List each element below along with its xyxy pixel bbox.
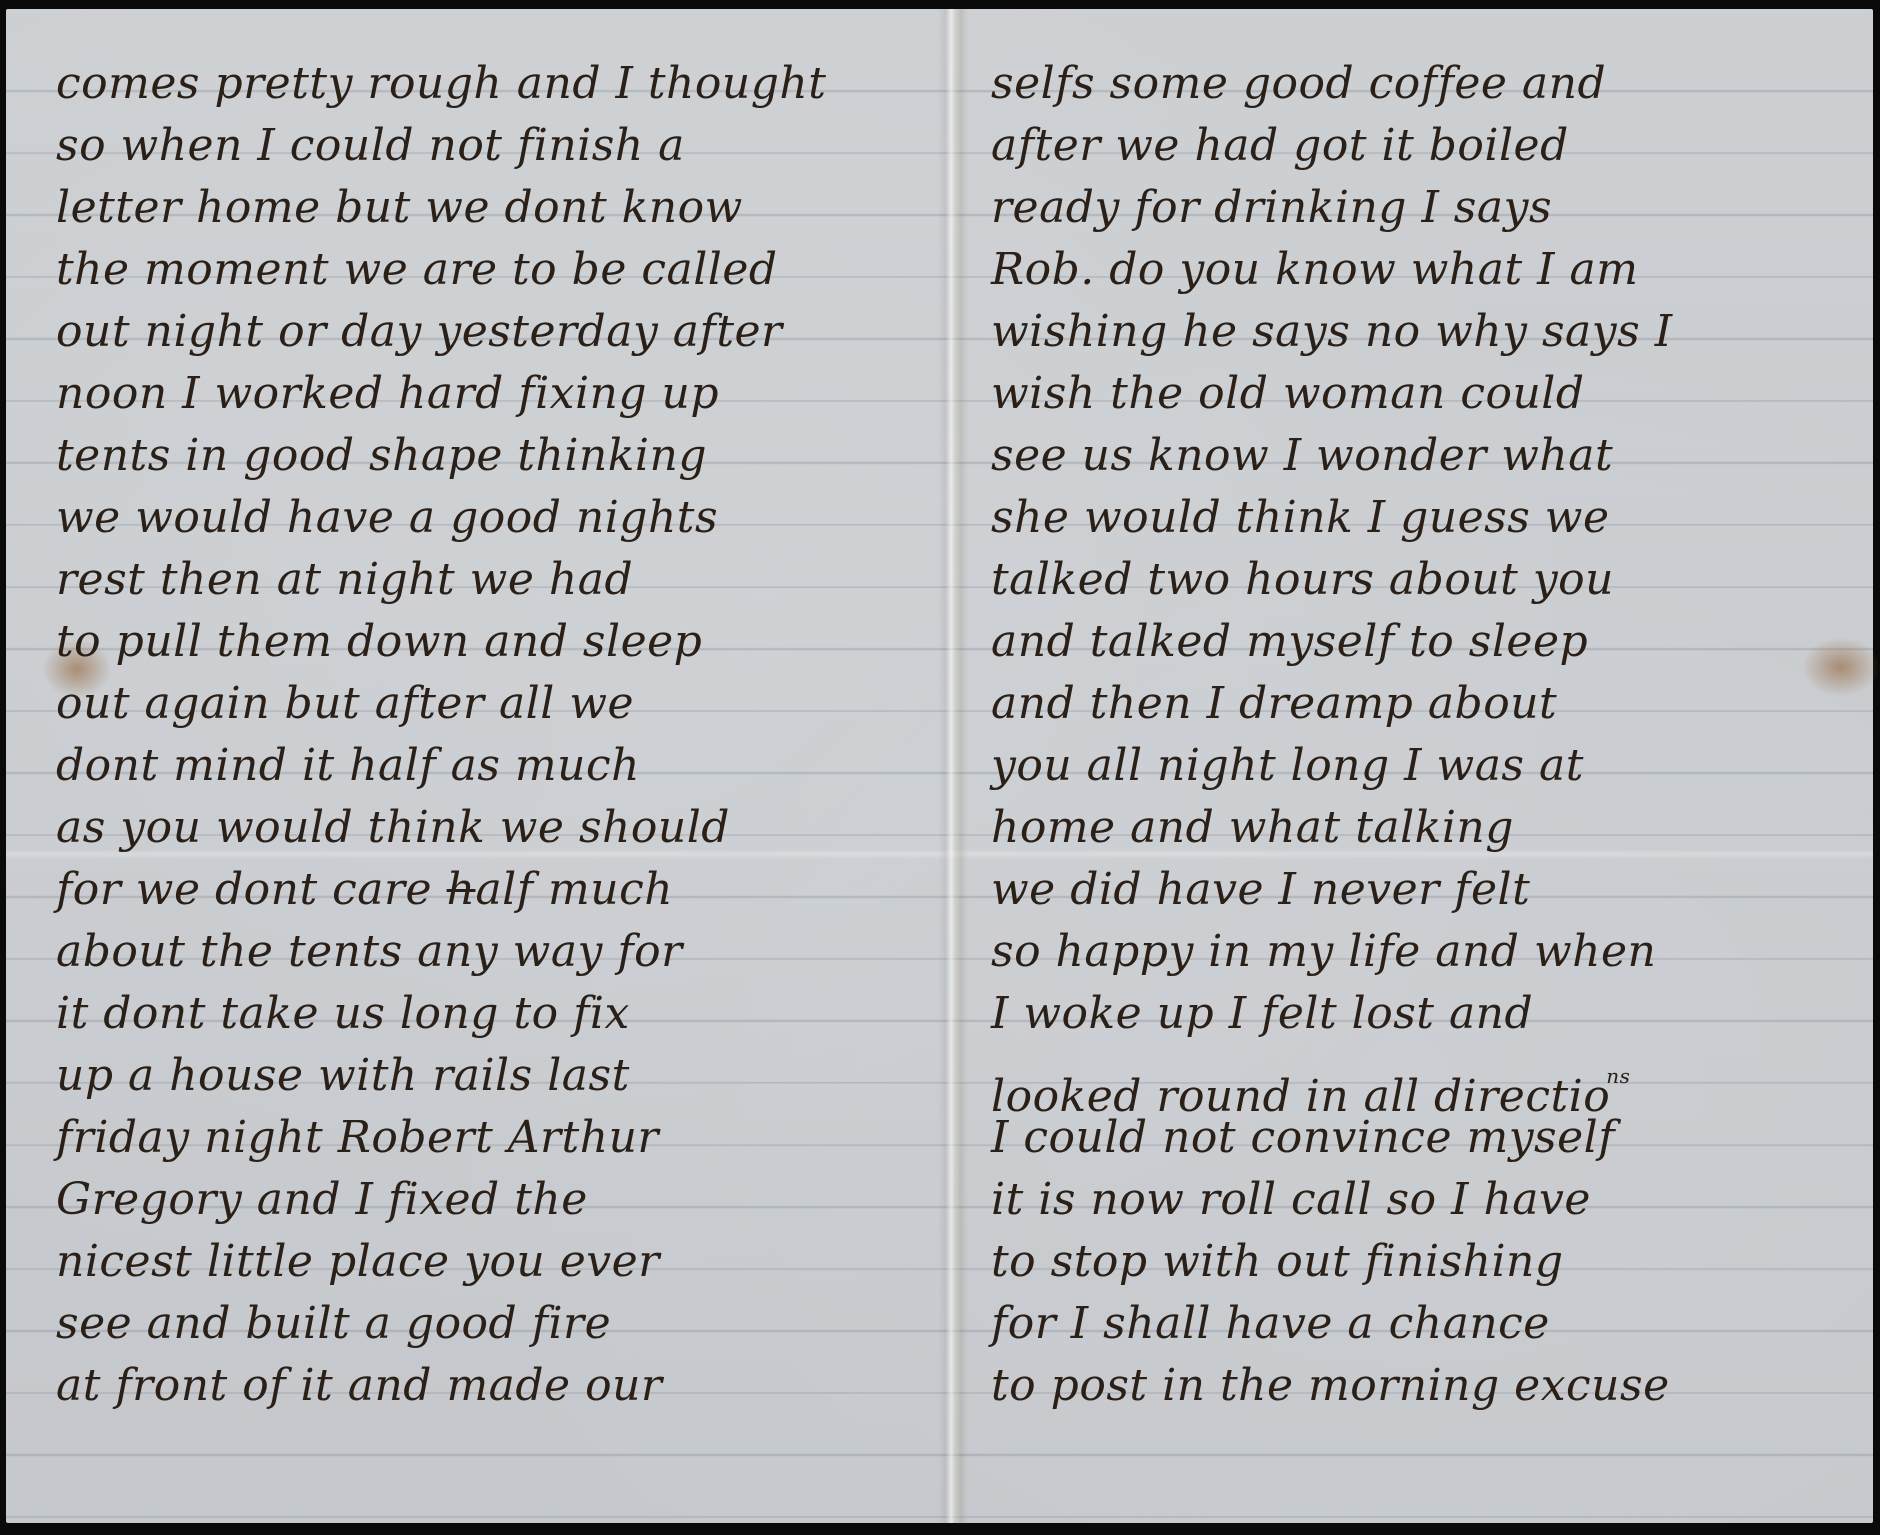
text-line: you all night long I was at bbox=[991, 735, 1880, 797]
text-line: home and what talking bbox=[991, 797, 1880, 859]
text-line: up a house with rails last bbox=[56, 1045, 946, 1107]
text-line: wishing he says no why says I bbox=[991, 301, 1880, 363]
text-line: and talked myself to sleep bbox=[991, 611, 1880, 673]
text-line: ready for drinking I says bbox=[991, 177, 1880, 239]
text-line: see us know I wonder what bbox=[991, 425, 1880, 487]
text-line-with-correction: for we dont care half much bbox=[56, 859, 946, 921]
text-line: Rob. do you know what I am bbox=[991, 239, 1880, 301]
text-line: comes pretty rough and I thought bbox=[56, 53, 946, 115]
text-line: the moment we are to be called bbox=[56, 239, 946, 301]
text-segment: for we dont care bbox=[56, 864, 432, 915]
text-line: talked two hours about you bbox=[991, 549, 1880, 611]
text-line: tents in good shape thinking bbox=[56, 425, 946, 487]
text-line: nicest little place you ever bbox=[56, 1231, 946, 1293]
text-line: selfs some good coffee and bbox=[991, 53, 1880, 115]
left-page-text: comes pretty rough and I thought so when… bbox=[56, 53, 946, 1417]
text-line: see and built a good fire bbox=[56, 1293, 946, 1355]
text-line: at front of it and made our bbox=[56, 1355, 946, 1417]
superscript-insertion: ns bbox=[1606, 1064, 1630, 1088]
letter-paper: comes pretty rough and I thought so when… bbox=[6, 9, 1873, 1523]
text-line: noon I worked hard fixing up bbox=[56, 363, 946, 425]
text-line: we did have I never felt bbox=[991, 859, 1880, 921]
text-line: wish the old woman could bbox=[991, 363, 1880, 425]
text-line: for I shall have a chance bbox=[991, 1293, 1880, 1355]
text-line: dont mind it half as much bbox=[56, 735, 946, 797]
text-line: out night or day yesterday after bbox=[56, 301, 946, 363]
text-line: it is now roll call so I have bbox=[991, 1169, 1880, 1231]
struck-letter: h bbox=[447, 864, 476, 915]
text-line: about the tents any way for bbox=[56, 921, 946, 983]
text-line: and then I dreamp about bbox=[991, 673, 1880, 735]
text-line: rest then at night we had bbox=[56, 549, 946, 611]
text-line: she would think I guess we bbox=[991, 487, 1880, 549]
text-segment: alf much bbox=[475, 864, 673, 915]
text-line: after we had got it boiled bbox=[991, 115, 1880, 177]
right-page-text: selfs some good coffee and after we had … bbox=[991, 53, 1880, 1417]
text-line: to pull them down and sleep bbox=[56, 611, 946, 673]
text-line: it dont take us long to fix bbox=[56, 983, 946, 1045]
text-line: I woke up I felt lost and bbox=[991, 983, 1880, 1045]
text-line: we would have a good nights bbox=[56, 487, 946, 549]
text-line-with-superscript: looked round in all directions bbox=[991, 1045, 1880, 1107]
text-line: I could not convince myself bbox=[991, 1107, 1880, 1169]
text-line: as you would think we should bbox=[56, 797, 946, 859]
text-line: to stop with out finishing bbox=[991, 1231, 1880, 1293]
text-line: to post in the morning excuse bbox=[991, 1355, 1880, 1417]
text-line: friday night Robert Arthur bbox=[56, 1107, 946, 1169]
text-line: so when I could not finish a bbox=[56, 115, 946, 177]
text-line: Gregory and I fixed the bbox=[56, 1169, 946, 1231]
text-line: out again but after all we bbox=[56, 673, 946, 735]
text-line: letter home but we dont know bbox=[56, 177, 946, 239]
text-line: so happy in my life and when bbox=[991, 921, 1880, 983]
